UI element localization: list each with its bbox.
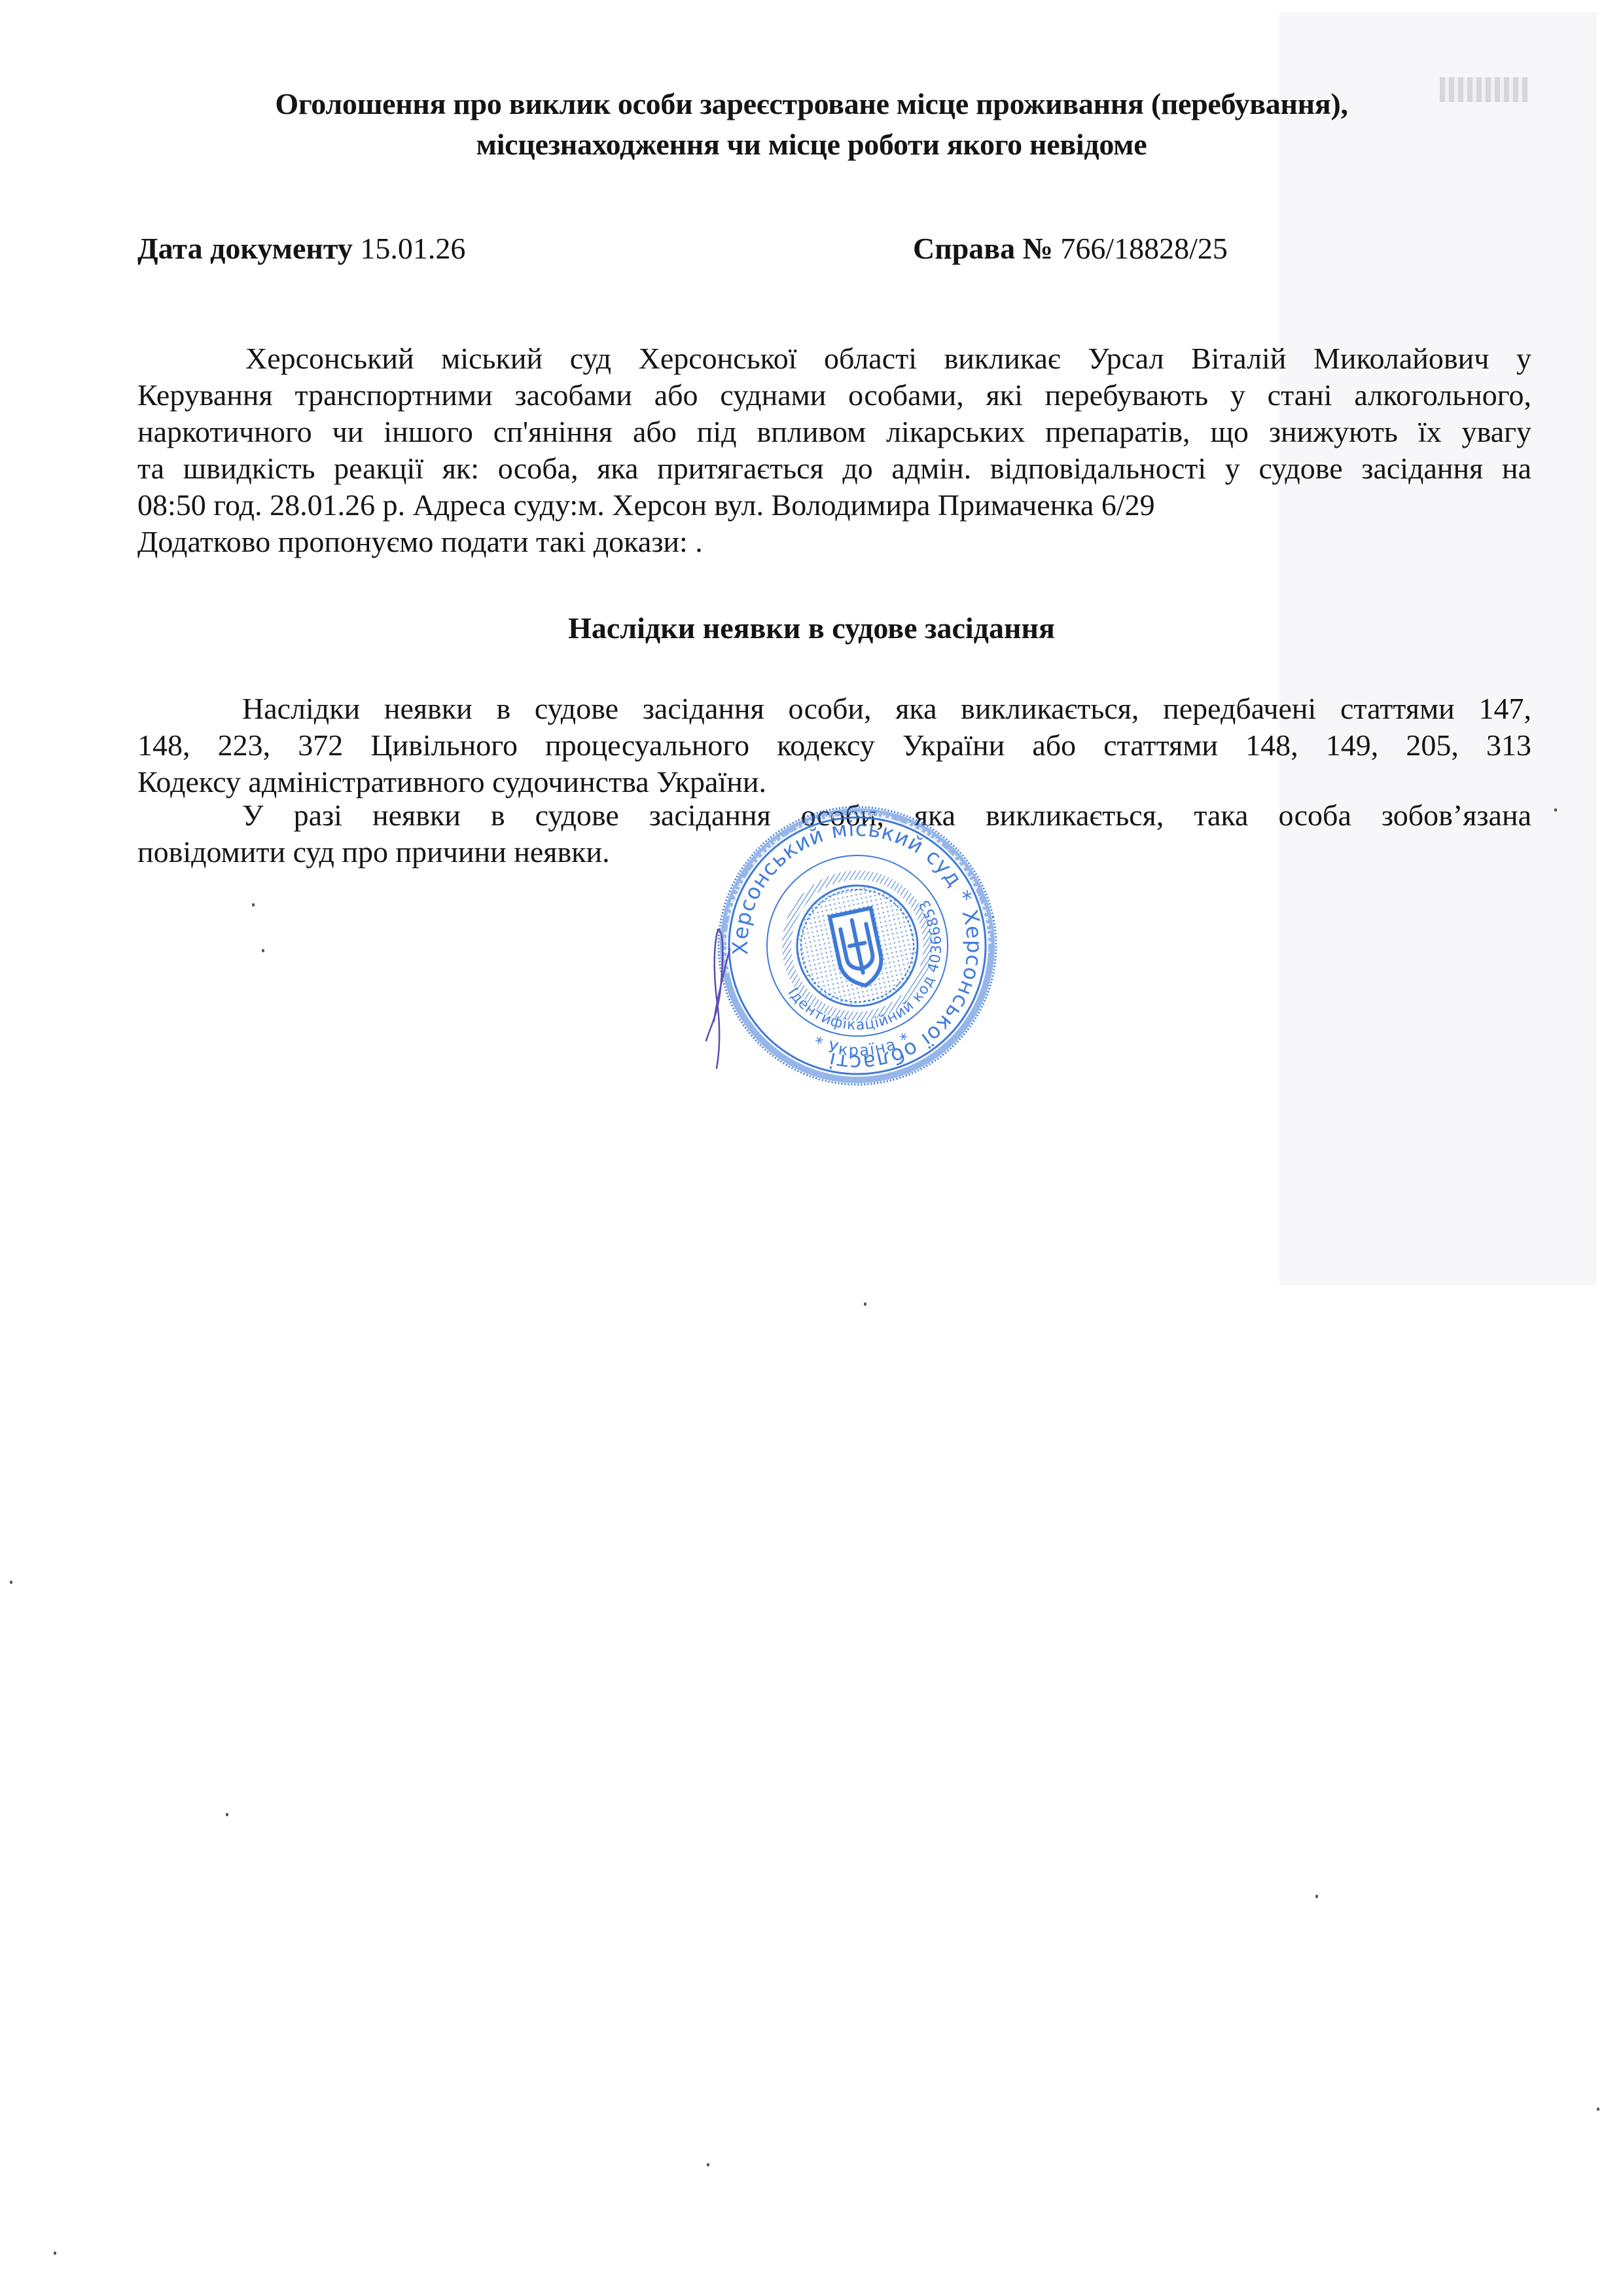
- consequences-paragraph: Наслідки неявки в судове засідання особи…: [137, 691, 1531, 800]
- scan-speck: [54, 2251, 56, 2255]
- date-label: Дата документу: [137, 232, 353, 265]
- case-label: Справа №: [913, 232, 1053, 265]
- document-title: Оголошення про виклик особи зареєстрован…: [0, 84, 1623, 165]
- scan-speck: [1554, 808, 1557, 812]
- consequences-line: 148, 223, 372 Цивільного процесуального …: [137, 727, 1531, 764]
- document-date: Дата документу 15.01.26: [137, 230, 465, 267]
- scan-speck: [226, 1813, 228, 1816]
- scan-speck: [252, 903, 255, 906]
- summons-line: Керування транспортними засобами або суд…: [137, 377, 1531, 414]
- case-number: Справа № 766/18828/25: [913, 230, 1228, 267]
- summons-line: 08:50 год. 28.01.26 р. Адреса суду:м. Хе…: [137, 487, 1531, 524]
- scan-speck: [707, 2163, 709, 2166]
- scan-speck: [1315, 1895, 1318, 1898]
- summons-paragraph: Херсонський міський суд Херсонської обла…: [137, 340, 1531, 560]
- title-line-2: місцезнаходження чи місце роботи якого н…: [0, 124, 1623, 165]
- title-line-1: Оголошення про виклик особи зареєстрован…: [0, 84, 1623, 124]
- section-heading: Наслідки неявки в судове засідання: [0, 610, 1623, 647]
- scan-speck: [1597, 2108, 1599, 2111]
- consequences-line: Кодексу адміністративного судочинства Ук…: [137, 764, 1531, 800]
- scan-speck: [262, 949, 264, 952]
- summons-line: Херсонський міський суд Херсонської обла…: [137, 340, 1531, 377]
- scan-speck: [864, 1302, 866, 1306]
- signature: [704, 923, 743, 1073]
- evidence-line: Додатково пропонуємо подати такі докази:…: [137, 524, 1531, 560]
- scan-bleed-through: [1279, 12, 1597, 1285]
- scan-speck: [10, 1581, 12, 1584]
- summons-line: наркотичного чи іншого сп'яніння або під…: [137, 414, 1531, 450]
- summons-line: та швидкість реакції як: особа, яка прит…: [137, 450, 1531, 487]
- date-value: 15.01.26: [360, 232, 465, 265]
- court-stamp: УКРАЇНА · УКРАЇНА · УКРАЇНА · УКРАЇНА · …: [713, 802, 1001, 1090]
- case-value: 766/18828/25: [1060, 232, 1228, 265]
- consequences-line: Наслідки неявки в судове засідання особи…: [137, 691, 1531, 727]
